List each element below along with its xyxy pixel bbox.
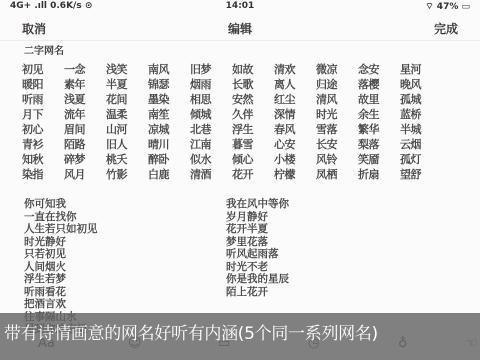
grid-name-cell: 眉间	[64, 123, 98, 137]
grid-name-cell: 花间	[106, 93, 140, 107]
grid-name-cell: 浅夏	[64, 93, 98, 107]
grid-name-cell: 旧梦	[190, 63, 224, 77]
grid-name-cell: 花开	[232, 168, 266, 182]
grid-name-cell: 望舒	[400, 168, 434, 182]
grid-name-cell: 风铃	[316, 153, 350, 167]
section-heading: 二字网名	[24, 42, 64, 57]
grid-name-cell: 离人	[274, 78, 308, 92]
grid-name-cell: 暖阳	[22, 78, 56, 92]
battery-status: ⌔ 47% ▭	[425, 1, 470, 12]
grid-name-cell: 流年	[64, 108, 98, 122]
grid-name-cell: 醉卧	[148, 153, 182, 167]
list-item: 只若初见	[24, 248, 98, 261]
grid-name-cell: 知秋	[22, 153, 56, 167]
status-bar: 4G+ .ıll 0.6K/s ⊙ 14:01 ⌔ 47% ▭	[0, 0, 480, 14]
caption-text: 带有诗情画意的网名好听有内涵(5个同一系列网名)	[4, 319, 378, 344]
list-item: 花开半夏	[226, 223, 289, 236]
grid-name-cell: 小楼	[274, 153, 308, 167]
list-item: 时光静好	[24, 236, 98, 249]
list-item: 一直在找你	[24, 211, 98, 224]
grid-name-cell: 孤城	[400, 93, 434, 107]
nav-bar: 取消 编辑 完成	[0, 14, 480, 41]
list-item: 听风起雨落	[226, 248, 289, 261]
grid-name-cell: 蓝桥	[400, 108, 434, 122]
list-item: 岁月静好	[226, 211, 289, 224]
grid-name-cell: 清欢	[274, 63, 308, 77]
grid-name-cell: 凤栖	[316, 168, 350, 182]
done-button[interactable]: 完成	[434, 20, 458, 37]
list-item: 人间烟火	[24, 261, 98, 274]
grid-name-cell: 月下	[22, 108, 56, 122]
grid-name-cell: 听雨	[22, 93, 56, 107]
grid-name-cell: 时光	[316, 108, 350, 122]
grid-name-cell: 一念	[64, 63, 98, 77]
grid-name-cell: 折扇	[358, 168, 392, 182]
grid-name-cell: 烟雨	[190, 78, 224, 92]
page-title: 编辑	[0, 20, 480, 37]
grid-name-cell: 墨染	[148, 93, 182, 107]
grid-name-cell: 半夏	[106, 78, 140, 92]
grid-name-cell: 归途	[316, 78, 350, 92]
list-item: 把酒言欢	[24, 298, 98, 311]
grid-name-cell: 柠檬	[274, 168, 308, 182]
grid-name-cell: 风月	[64, 168, 98, 182]
grid-name-cell: 南笙	[148, 108, 182, 122]
grid-name-cell: 竹影	[106, 168, 140, 182]
grid-name-cell: 染指	[22, 168, 56, 182]
grid-name-cell: 深情	[274, 108, 308, 122]
grid-name-cell: 相思	[190, 93, 224, 107]
grid-name-cell: 心安	[274, 138, 308, 152]
grid-name-cell: 倾心	[232, 153, 266, 167]
grid-name-cell: 晴川	[148, 138, 182, 152]
list-item: 你是我的星辰	[226, 273, 289, 286]
grid-name-cell: 初心	[22, 123, 56, 137]
list-item: 你可知我	[24, 198, 98, 211]
grid-name-cell: 碎梦	[64, 153, 98, 167]
grid-name-cell: 倾城	[190, 108, 224, 122]
grid-name-cell: 锦瑟	[148, 78, 182, 92]
grid-name-cell: 半城	[400, 123, 434, 137]
grid-name-cell: 江南	[190, 138, 224, 152]
grid-name-cell: 北巷	[190, 123, 224, 137]
name-grid[interactable]: 初见一念浅笑南风旧梦如故清欢微凉念安星河暖阳素年半夏锦瑟烟雨长歌离人归途落樱晚风…	[22, 63, 434, 182]
grid-name-cell: 素年	[64, 78, 98, 92]
name-list-right[interactable]: 我在风中等你岁月静好花开半夏梦里花落听风起雨落时光不老你是我的星辰陌上花开	[226, 198, 289, 298]
grid-name-cell: 长安	[316, 138, 350, 152]
list-item: 我在风中等你	[226, 198, 289, 211]
list-item: 时光不老	[226, 261, 289, 274]
list-item: 浮生若梦	[24, 273, 98, 286]
list-item: 人生若只如初见	[24, 223, 98, 236]
grid-name-cell: 红尘	[274, 93, 308, 107]
grid-name-cell: 孤灯	[400, 153, 434, 167]
grid-name-cell: 温柔	[106, 108, 140, 122]
grid-name-cell: 似水	[190, 153, 224, 167]
grid-name-cell: 旧人	[106, 138, 140, 152]
grid-name-cell: 星河	[400, 63, 434, 77]
grid-name-cell: 笑靥	[358, 153, 392, 167]
clock-time: 14:01	[0, 1, 480, 11]
grid-name-cell: 暮雪	[232, 138, 266, 152]
grid-name-cell: 清酒	[190, 168, 224, 182]
grid-name-cell: 长歌	[232, 78, 266, 92]
grid-name-cell: 梨落	[358, 138, 392, 152]
grid-name-cell: 落樱	[358, 78, 392, 92]
grid-name-cell: 凉城	[148, 123, 182, 137]
grid-name-cell: 山河	[106, 123, 140, 137]
grid-name-cell: 余生	[358, 108, 392, 122]
grid-name-cell: 如故	[232, 63, 266, 77]
grid-name-cell: 久伴	[232, 108, 266, 122]
grid-name-cell: 桃夭	[106, 153, 140, 167]
grid-name-cell: 微凉	[316, 63, 350, 77]
grid-name-cell: 雪落	[316, 123, 350, 137]
list-item: 梦里花落	[226, 236, 289, 249]
grid-name-cell: 陌路	[64, 138, 98, 152]
grid-name-cell: 晚风	[400, 78, 434, 92]
grid-name-cell: 浮生	[232, 123, 266, 137]
grid-name-cell: 白鹿	[148, 168, 182, 182]
grid-name-cell: 青衫	[22, 138, 56, 152]
grid-name-cell: 云烟	[400, 138, 434, 152]
grid-name-cell: 浅笑	[106, 63, 140, 77]
grid-name-cell: 初见	[22, 63, 56, 77]
grid-name-cell: 繁华	[358, 123, 392, 137]
grid-name-cell: 安然	[232, 93, 266, 107]
grid-name-cell: 南风	[148, 63, 182, 77]
grid-name-cell: 春风	[274, 123, 308, 137]
grid-name-cell: 故里	[358, 93, 392, 107]
list-item: 听雨看花	[24, 286, 98, 299]
grid-name-cell: 清风	[316, 93, 350, 107]
list-item: 陌上花开	[226, 286, 289, 299]
grid-name-cell: 念安	[358, 63, 392, 77]
